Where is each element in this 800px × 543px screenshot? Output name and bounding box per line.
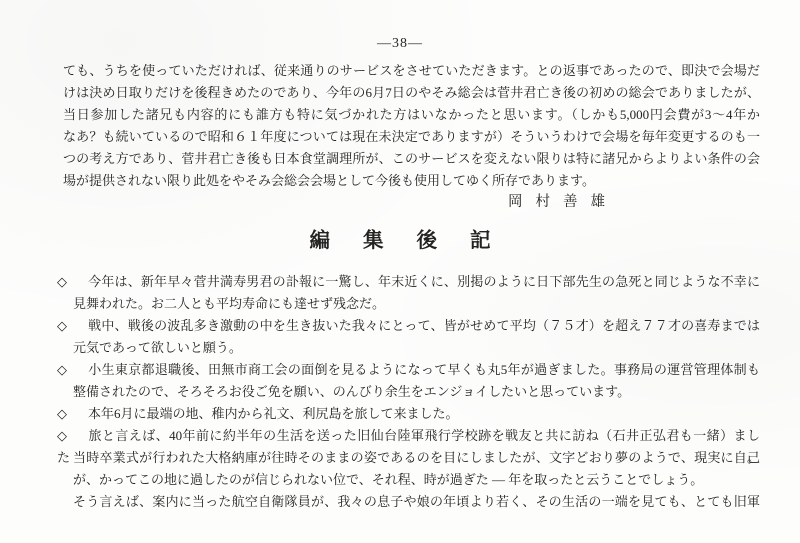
bullet-line: が、かってこの地に過したのが信じられない位で、それ程、時が過ぎた ― 年を取った…	[57, 469, 760, 491]
paragraph-line: なあ？も続いているので昭和６１年度については現在未決定でありますが）そういうわけ…	[63, 126, 760, 148]
bullet-line: ◇今年は、新年早々菅井満寿男君の訃報に一驚し、年末近くに、別掲のように日下部先生…	[57, 271, 760, 293]
diamond-icon: ◇	[57, 403, 88, 425]
paragraph-line: ても、うちを使っていただければ、従来通りのサービスをさせていただきます。との返事…	[63, 60, 760, 82]
list-item: ◇小生東京都退職後、田無市商工会の面倒を見るようになって早くも丸5年が過ぎました…	[57, 359, 760, 403]
list-item: ◇旅と言えば、40年前に約半年の生活を送った旧仙台陸軍飛行学校跡を戦友と共に訪ね…	[57, 425, 760, 513]
diamond-icon: ◇	[57, 315, 88, 337]
diamond-icon: ◇	[57, 359, 88, 381]
paragraph-line: つの考え方であり、菅井君亡き後も日本食堂調理所が、このサービスを変えない限りは特…	[63, 148, 760, 170]
bullet-line: ◇旅と言えば、40年前に約半年の生活を送った旧仙台陸軍飛行学校跡を戦友と共に訪ね…	[57, 425, 760, 447]
bullet-text: 今年は、新年早々菅井満寿男君の訃報に一驚し、年末近くに、別掲のように日下部先生の…	[88, 274, 760, 289]
bullet-line: 整備されたので、そろそろお役ご免を願い、のんびり余生をエンジョイしたいと思ってい…	[57, 381, 760, 403]
bullet-list: ◇今年は、新年早々菅井満寿男君の訃報に一驚し、年末近くに、別掲のように日下部先生…	[57, 271, 760, 513]
diamond-icon: ◇	[57, 271, 88, 293]
bullet-line: 見舞われた。お二人とも平均寿命にも達せず残念だ。	[57, 293, 760, 315]
list-item: ◇本年6月に最端の地、稚内から礼文、利尻島を旅して来ました。	[57, 403, 760, 425]
bullet-text: 戦中、戦後の波乱多き激動の中を生き抜いた我々にとって、皆がせめて平均（７５才）を…	[88, 318, 760, 333]
diamond-icon: ◇	[57, 425, 88, 447]
bullet-line: ◇小生東京都退職後、田無市商工会の面倒を見るようになって早くも丸5年が過ぎました…	[57, 359, 760, 381]
paragraph-line: 当日参加した諸兄も内容的にも誰方も特に気づかれた方はいなかったと思います。（しか…	[63, 104, 760, 126]
bullet-line: 当時卒業式が行われた大格納庫が往時そのままの姿であるのを目にしましたが、文字どお…	[57, 447, 760, 469]
bullet-text: 本年6月に最端の地、稚内から礼文、利尻島を旅して来ました。	[88, 406, 459, 421]
paragraph-line: けは決め日取りだけを後程きめたのであり、今年の6月7日のやそみ総会は菅井君亡き後…	[63, 82, 760, 104]
intro-paragraph: ても、うちを使っていただければ、従来通りのサービスをさせていただきます。との返事…	[63, 60, 760, 192]
paragraph-line: 場が提供されない限り此処をやそみ会総会会場として今後も使用してゆく所存であります…	[63, 170, 760, 192]
list-item: ◇今年は、新年早々菅井満寿男君の訃報に一驚し、年末近くに、別掲のように日下部先生…	[57, 271, 760, 315]
author-signature: 岡村善雄	[0, 191, 800, 213]
scanned-document-page: —38— ても、うちを使っていただければ、従来通りのサービスをさせていただきます…	[0, 0, 800, 543]
page-number: —38—	[0, 36, 800, 52]
section-title: 編集後記	[0, 226, 800, 256]
bullet-text: 小生東京都退職後、田無市商工会の面倒を見るようになって早くも丸5年が過ぎました。…	[88, 362, 760, 377]
bullet-line: 元気であって欲しいと願う。	[57, 337, 760, 359]
bullet-line: ◇本年6月に最端の地、稚内から礼文、利尻島を旅して来ました。	[57, 403, 760, 425]
bullet-line: ◇戦中、戦後の波乱多き激動の中を生き抜いた我々にとって、皆がせめて平均（７５才）…	[57, 315, 760, 337]
bullet-line: そう言えば、案内に当った航空自衛隊員が、我々の息子や娘の年頃より若く、その生活の…	[57, 491, 760, 513]
list-item: ◇戦中、戦後の波乱多き激動の中を生き抜いた我々にとって、皆がせめて平均（７５才）…	[57, 315, 760, 359]
